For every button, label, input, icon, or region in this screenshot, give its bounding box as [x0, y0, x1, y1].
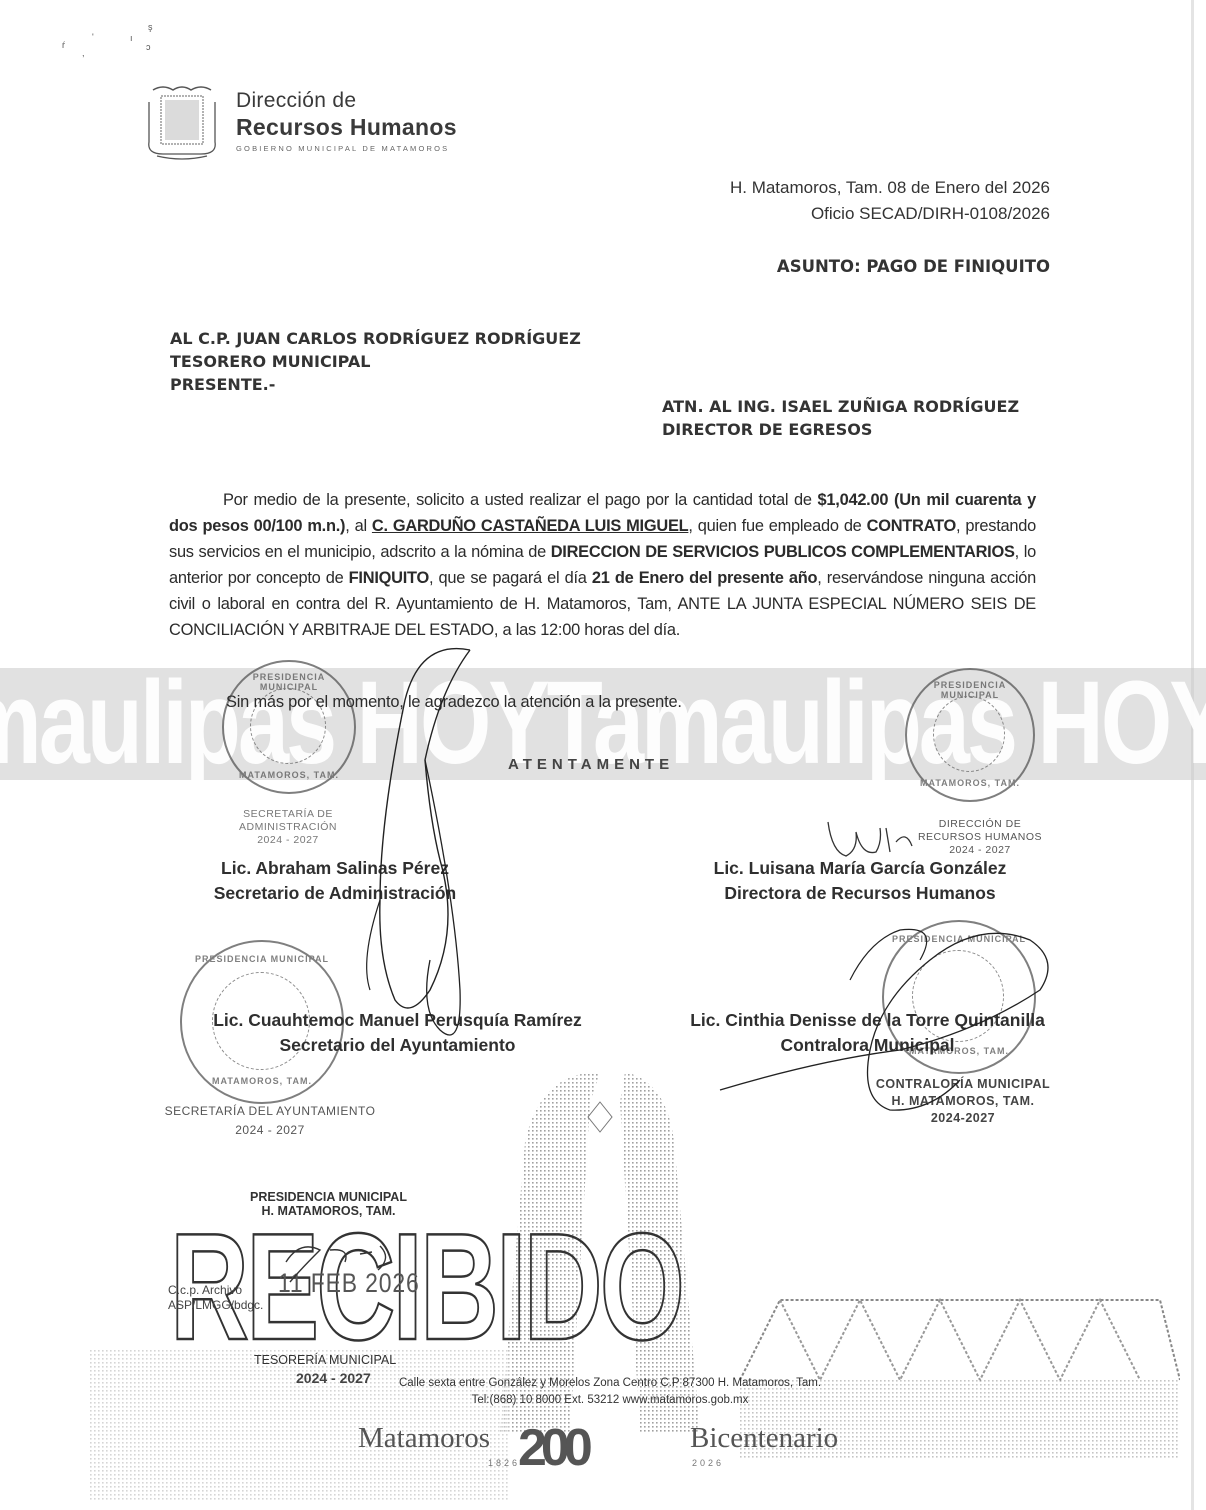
- handwritten-signatures: [0, 0, 1206, 1510]
